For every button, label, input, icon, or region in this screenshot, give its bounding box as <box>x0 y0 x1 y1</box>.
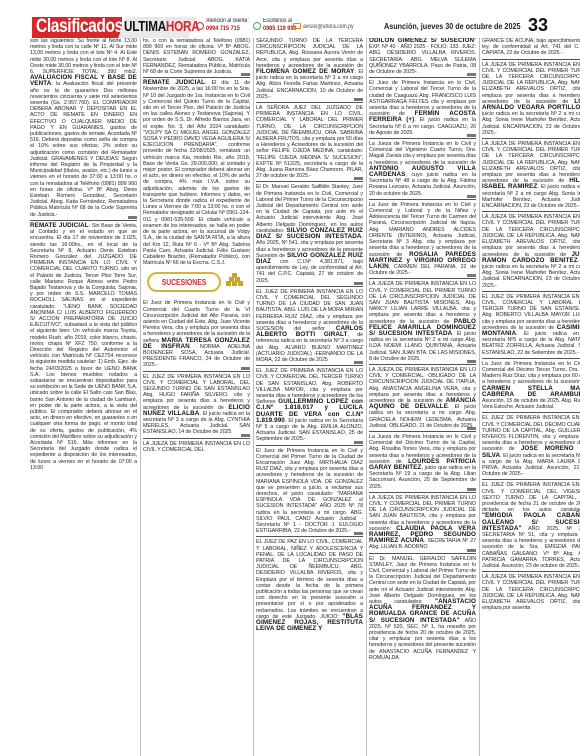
notice-text: : El día 11 de Noviembre de 2025, a las … <box>143 80 250 266</box>
legal-notice: REMATE JUDICIAL: Sin Base de Venta, al C… <box>30 223 137 472</box>
notice-text: El Juez de Primera Instancia en lo Civil… <box>256 448 363 535</box>
notice-text: LA SEÑORA JUEZ DEL JUZGADO DE PRIMERA IN… <box>256 105 363 179</box>
brand-part-2: HORA <box>166 18 200 35</box>
notice-highlight: REMATE JUDICIAL <box>30 222 89 229</box>
notice-divider <box>369 199 476 200</box>
customer-service-contact: Atención al cliente: 0994 715 715 <box>206 18 249 32</box>
legal-notice: EL JUEZ DE PRIMERA INSTANCIA EN LO CIVIL… <box>482 294 580 357</box>
legal-notice: son las siguientes: Su frente al Norte 1… <box>30 38 137 219</box>
notice-divider <box>143 77 250 78</box>
classifieds-columns: son las siguientes: Su frente al Norte 1… <box>30 38 580 756</box>
notice-divider <box>369 278 476 279</box>
notice-divider <box>369 138 476 139</box>
legal-notice: El Juez de Primera Instancia en lo Civil… <box>369 80 476 137</box>
notice-text: hs. o con la rematadora al Teléfono (098… <box>143 38 250 75</box>
notice-divider <box>369 77 476 78</box>
legal-notice: LA JUEZA DE PRIMERA INSTANCIA EN LO CIVI… <box>482 141 580 210</box>
legal-notice: LA JUEZA DE PRIMERA INSTANCIA EN LO CIVI… <box>482 214 580 289</box>
whatsapp-contact: Escribinos al 0985 119 999 <box>263 18 296 32</box>
notice-text: GRANCE DE ACUÑA, bajo apercibimiento de … <box>482 38 580 56</box>
legal-notice: REMATE JUDICIAL: El día 11 de Noviembre … <box>143 80 250 267</box>
column-4: ODILON GIMENEZ S/ SUSECION" EXP. Nº 40 -… <box>369 38 476 756</box>
notice-text: : la Avaluación fiscal del presente año … <box>30 81 137 217</box>
legal-notice: EL JUEZ DE PRIMERA INSTANCIA EN LO CIVIL… <box>482 482 580 570</box>
legal-notice: LA JUEZA DE PRIMERA INSTANCIA EN LO CIVI… <box>482 62 580 137</box>
legal-notice: La Juez de Primera Instancia en lo Civil… <box>482 361 580 412</box>
phone-icon <box>196 22 204 30</box>
mail-icon <box>293 23 301 29</box>
notice-text: LA JUEZA DE PRIMERA INSTANCIA EN LO CIVI… <box>482 141 580 184</box>
notice-text: EL JUEZ DE PAZ EN LO CIVIL, COMERCIAL Y … <box>256 539 363 619</box>
legal-notice: LA JUEZA DE PRIMERA INSTANCIA EN LO CIVI… <box>369 367 476 430</box>
column-2: hs. o con la rematadora al Teléfono (098… <box>143 38 250 756</box>
legal-notice: LA JUEZA DE PRIMERA INSTANCIA EN LO CIVI… <box>482 574 580 612</box>
notice-text: " EXP. Nº 40 - AÑO 2025 - FOLIO: 133. JU… <box>369 38 476 75</box>
legal-notice: LA JUEZA DE PRIMERA INSTANCIA EN LO CIVI… <box>143 441 250 454</box>
notice-divider <box>482 59 580 60</box>
notice-divider <box>143 438 250 439</box>
legal-notice: La Juez de Primera Instancia en lo Civil… <box>369 202 476 277</box>
column-1: son las siguientes: Su frente al Norte 1… <box>30 38 137 756</box>
page-number: 33 <box>528 15 548 36</box>
column-divider <box>479 38 480 756</box>
section-title: Clasificados <box>36 16 123 38</box>
column-5: GRANCE DE ACUÑA, bajo apercibimiento de … <box>482 38 580 756</box>
notice-divider <box>482 138 580 139</box>
legal-notice: LA SEÑORA JUEZ DEL JUZGADO DE PRIMERA IN… <box>256 105 363 180</box>
whatsapp-number: 0985 119 999 <box>263 25 296 32</box>
notice-text: LA JUEZA DE PRIMERA INSTANCIA EN LO CIVI… <box>482 214 580 257</box>
notice-text: La Juez de Primera Instancia en lo Civil… <box>369 202 476 258</box>
notice-divider <box>482 291 580 292</box>
legal-notice: EL JUEZ DE PRIMERA INSTANCIA EN LO CIVIL… <box>256 368 363 443</box>
notice-divider <box>256 445 363 446</box>
notice-divider <box>256 181 363 182</box>
notice-highlight: FILOMENA GOMEZ DE MORAY <box>256 68 354 75</box>
legal-notice: El Dr. MANUEL GERALDO SAIFILDIN STANLEY,… <box>369 556 476 662</box>
brand-part-1: ULTIMA <box>124 18 166 35</box>
notice-text: LA JUEZA DE PRIMERA INSTANCIA EN LO CIVI… <box>143 441 250 453</box>
notice-text: son las siguientes: Su frente al Norte 1… <box>30 38 137 75</box>
notice-text: EL JUEZ DE PRIMERA INSTANCIA EN LO CIVIL… <box>482 482 580 513</box>
section-title-block: Clasificados <box>32 17 122 38</box>
legal-notice: EL JUEZ DE PAZ EN LO CIVIL, COMERCIAL Y … <box>256 539 363 633</box>
section-banner-sucesiones: SUCESIONES <box>143 270 250 296</box>
notice-highlight: REMATE JUDICIAL <box>143 79 205 86</box>
legal-notice: El Juez de Primera Instancia en lo Civil… <box>143 300 250 369</box>
phone-label: Atención al cliente: <box>206 18 249 25</box>
column-divider <box>366 38 367 756</box>
notice-text: La Jueza de Primera Instancia en lo Civi… <box>369 141 476 166</box>
brand-logo: ULTIMAHORA <box>124 18 199 35</box>
notice-divider <box>482 479 580 480</box>
legal-notice: GRANCE DE ACUÑA, bajo apercibimiento de … <box>482 38 580 58</box>
notice-divider <box>143 371 250 372</box>
whatsapp-label: Escribinos al <box>263 18 296 25</box>
notice-divider <box>482 358 580 359</box>
column-3: SEGUNDO TURNO DE LA TERCERA CIRCUNSCRIPC… <box>256 38 363 756</box>
notice-text: AÑO 2025, Nº 520, SEC. Nº 1, ha resuelto… <box>369 618 476 661</box>
column-divider <box>140 38 141 756</box>
notice-text: LA JUEZA DE PRIMERA INSTANCIA EN LO CIVI… <box>482 62 580 105</box>
page-header: Clasificados ULTIMAHORA Atención al clie… <box>0 0 580 38</box>
notice-divider <box>256 286 363 287</box>
notice-text: con C.I.Nº 4.381.871, bajo apercibimient… <box>256 259 363 284</box>
notice-divider <box>256 102 363 103</box>
notice-divider <box>482 412 580 413</box>
notice-divider <box>369 431 476 432</box>
email-address: avisos@uhora.com.py <box>303 24 354 31</box>
notice-divider <box>30 220 137 221</box>
notice-divider <box>369 492 476 493</box>
notice-text: La Juez de Primera Instancia en lo Civil… <box>482 361 580 386</box>
legal-notice: SEGUNDO TURNO DE LA TERCERA CIRCUNSCRIPC… <box>256 38 363 101</box>
phone-number: 0994 715 715 <box>206 25 249 32</box>
legal-notice: EL JUEZ DE PRIMERA INSTANCIA EN LO CIVIL… <box>482 415 580 478</box>
banner-pill: SUCESIONES <box>147 272 221 292</box>
legal-notice: LA JUEZA DE PRIMERA INSTANCIA EN LO CIVI… <box>369 495 476 552</box>
legal-notice: LA JUEZA DE PRIMERA INSTANCIA EN LO CIVI… <box>369 281 476 363</box>
notice-text: SEGUNDO TURNO DE LA TERCERA CIRCUNSCRIPC… <box>256 38 363 69</box>
whatsapp-icon <box>253 22 261 30</box>
legal-notice: El Dr. Manuel Geraldo Saifildin Stanley,… <box>256 184 363 284</box>
legal-notice: La Jueza de Primera Instancia en lo Civi… <box>369 141 476 198</box>
notice-divider <box>256 365 363 366</box>
legal-notice: EL JUEZ DE PRIMERA INSTANCIA EN LO CIVIL… <box>256 289 363 364</box>
banner-label: SUCESIONES <box>154 278 214 287</box>
legal-notice: ODILON GIMENEZ S/ SUSECION" EXP. Nº 40 -… <box>369 38 476 76</box>
issue-date: Asunción, jueves 30 de octubre de 2025 <box>384 22 520 31</box>
notice-divider <box>256 536 363 537</box>
notice-highlight: CARMEN STELLA MARY CABRERA DE ARAMBULO <box>482 385 580 398</box>
notice-text: AÑO 2025, Nº 332, SECRETARIA Nº 51, cita… <box>482 526 580 569</box>
notice-divider <box>482 571 580 572</box>
notice-divider <box>482 211 580 212</box>
houses-icon <box>226 273 244 291</box>
notice-divider <box>369 553 476 554</box>
notice-text: : Sin Base de Venta, al Contado y en el … <box>30 223 137 471</box>
legal-notice: El Juez de Primera Instancia en lo Civil… <box>256 448 363 536</box>
notice-divider <box>369 364 476 365</box>
legal-notice: EL JUEZ DE PRIMERA INSTANCIA EN LO CIVIL… <box>143 374 250 437</box>
legal-notice: La Jueza de Primera Instancia en lo Civi… <box>369 434 476 491</box>
legal-notice: hs. o con la rematadora al Teléfono (098… <box>143 38 250 76</box>
column-divider <box>253 38 254 756</box>
notice-text: LA JUEZA DE PRIMERA INSTANCIA EN LO CIVI… <box>482 574 580 611</box>
